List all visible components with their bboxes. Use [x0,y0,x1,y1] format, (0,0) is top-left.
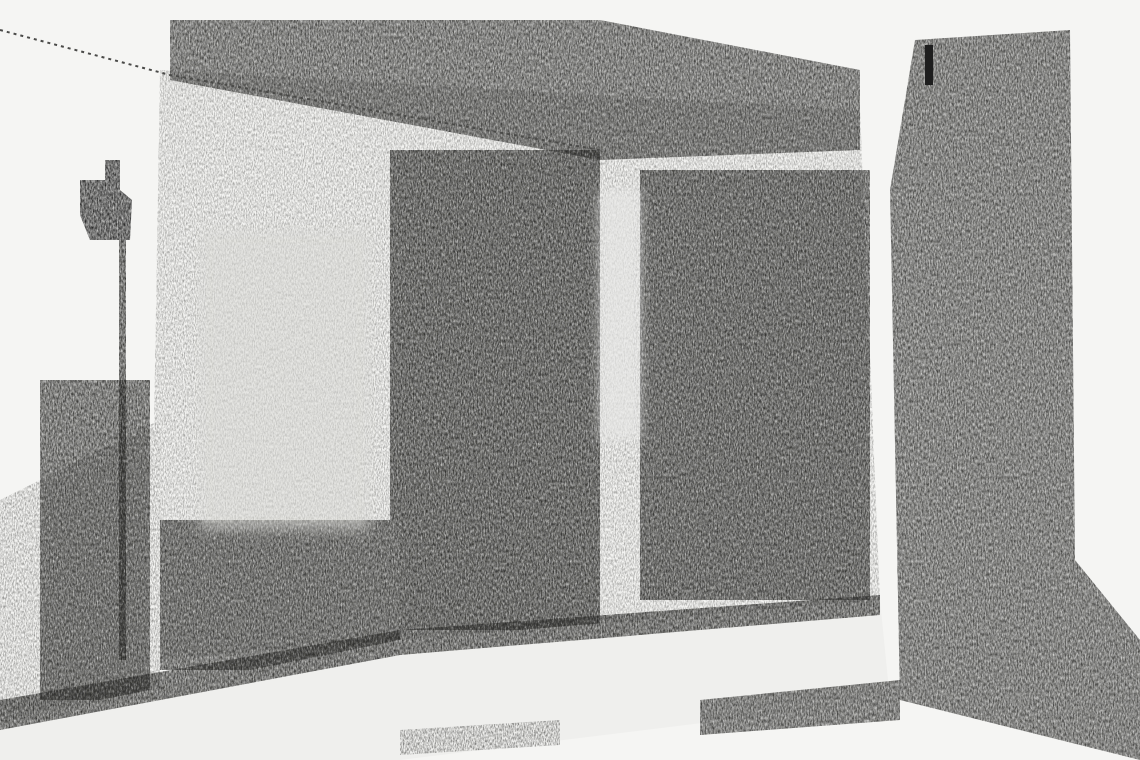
drawing-svg [0,0,1140,760]
chimney [925,45,933,85]
charcoal-drawing [0,0,1140,760]
